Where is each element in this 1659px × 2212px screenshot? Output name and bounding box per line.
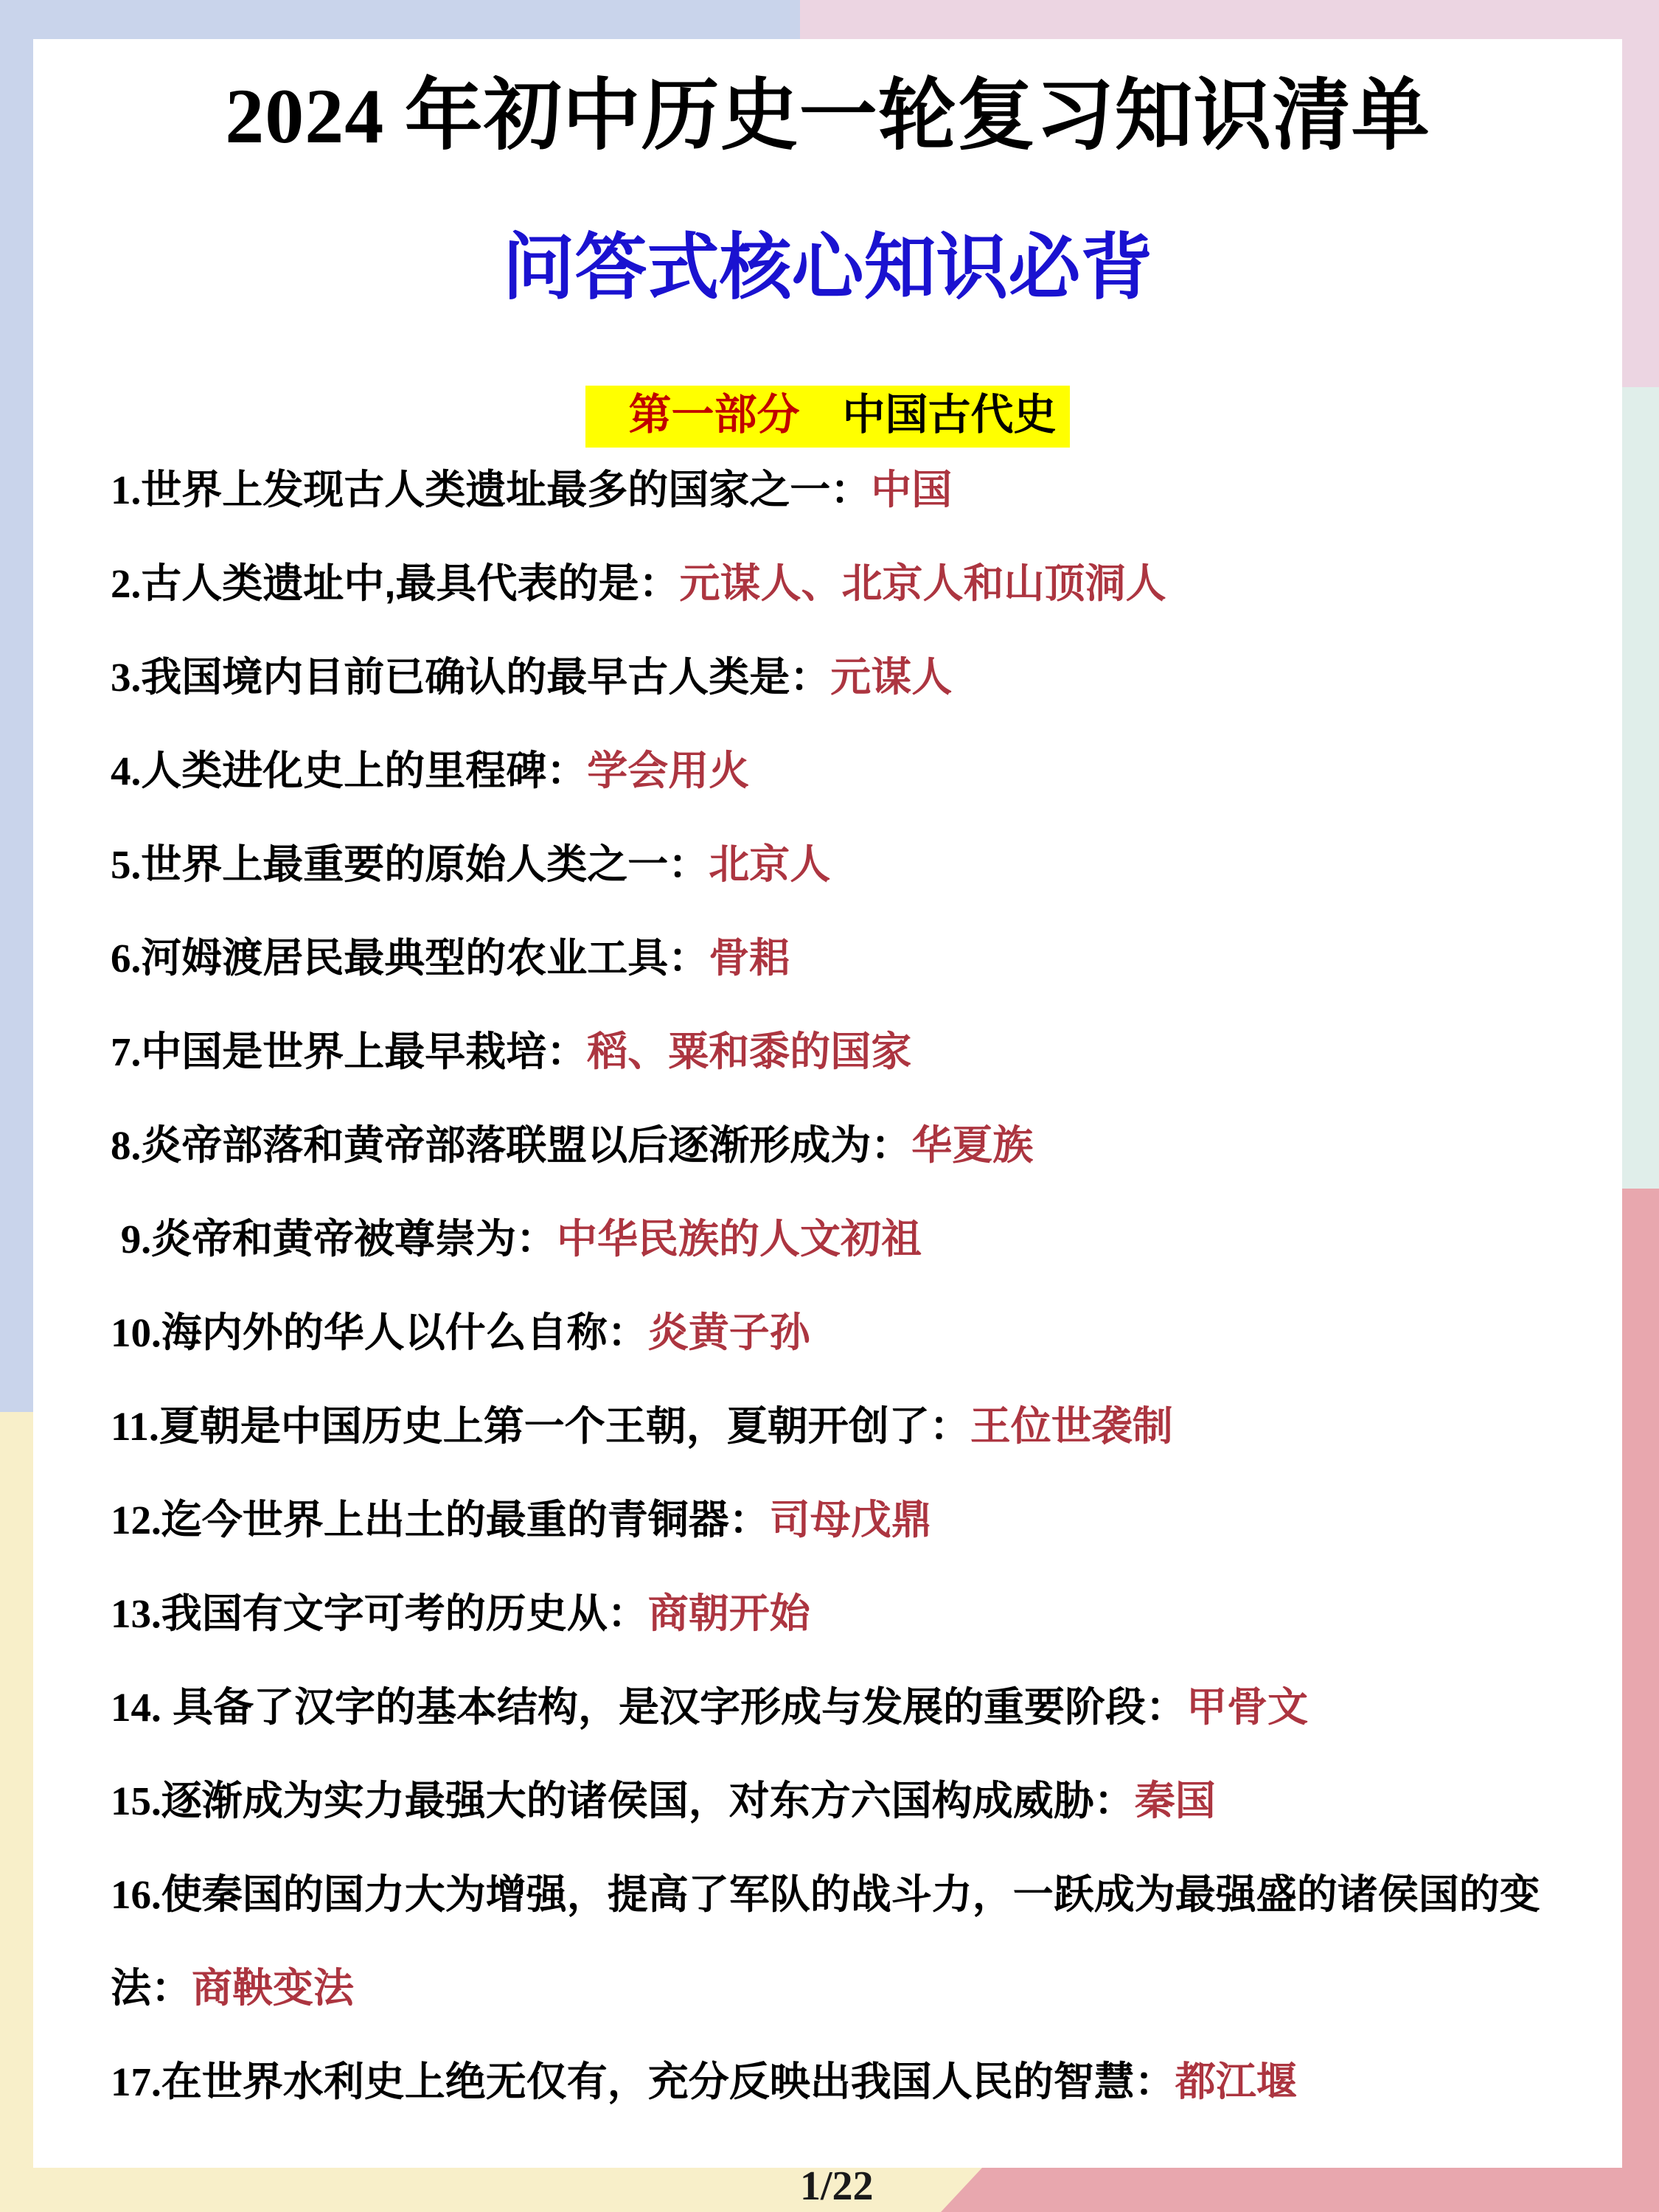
page: 2024 年初中历史一轮复习知识清单 问答式核心知识必背 第一部分中国古代史 1… <box>0 0 1659 2212</box>
qa-item-question: 中国是世界上最早栽培： <box>141 1029 587 1074</box>
qa-item-number: 12. <box>111 1498 161 1543</box>
qa-item-number: 14. <box>111 1685 161 1730</box>
qa-item-answer: 商朝开始 <box>648 1590 810 1636</box>
qa-item: 14. 具备了汉字的基本结构，是汉字形成与发展的重要阶段：甲骨文 <box>111 1660 1552 1754</box>
qa-item-answer: 骨耜 <box>709 935 790 981</box>
qa-item: 15.逐渐成为实力最强大的诸侯国，对东方六国构成威胁：秦国 <box>111 1754 1552 1848</box>
qa-item-answer: 炎黄子孙 <box>648 1310 810 1355</box>
qa-item-question: 具备了汉字的基本结构，是汉字形成与发展的重要阶段： <box>161 1684 1186 1730</box>
qa-item: 8.炎帝部落和黄帝部落联盟以后逐渐形成为：华夏族 <box>111 1099 1552 1192</box>
qa-item: 1.世界上发现古人类遗址最多的国家之一：中国 <box>111 443 1552 537</box>
qa-item: 13.我国有文字可考的历史从：商朝开始 <box>111 1567 1552 1660</box>
qa-item: 2.古人类遗址中,最具代表的是：元谋人、北京人和山顶洞人 <box>111 537 1552 630</box>
qa-item: 10.海内外的华人以什么自称：炎黄子孙 <box>111 1286 1552 1380</box>
qa-item: 16.使秦国的国力大为增强，提高了军队的战斗力，一跃成为最强盛的诸侯国的变法：商… <box>111 1848 1552 2035</box>
qa-item: 11.夏朝是中国历史上第一个王朝，夏朝开创了：王位世袭制 <box>111 1380 1552 1473</box>
qa-item-answer: 商鞅变法 <box>192 1965 354 2011</box>
qa-item-question: 逐渐成为实力最强大的诸侯国，对东方六国构成威胁： <box>161 1778 1135 1823</box>
qa-item: 5.世界上最重要的原始人类之一：北京人 <box>111 818 1552 911</box>
qa-item-number: 10. <box>111 1310 161 1355</box>
qa-item-question: 迄今世界上出土的最重的青铜器： <box>161 1497 770 1543</box>
qa-item-question: 河姆渡居民最典型的农业工具： <box>141 935 709 981</box>
qa-item-number: 1. <box>111 467 141 512</box>
qa-item-number: 2. <box>111 561 141 606</box>
qa-item-answer: 王位世袭制 <box>970 1403 1173 1449</box>
qa-item-answer: 元谋人 <box>830 654 952 700</box>
page-number: 1/22 <box>800 2163 874 2210</box>
qa-item: 6.河姆渡居民最典型的农业工具：骨耜 <box>111 911 1552 1005</box>
qa-item-answer: 华夏族 <box>911 1122 1033 1168</box>
qa-item-number: 16. <box>111 1872 161 1917</box>
qa-item-number: 7. <box>111 1029 141 1074</box>
qa-item-question: 世界上发现古人类遗址最多的国家之一： <box>141 467 871 512</box>
section-header-highlight: 第一部分中国古代史 <box>585 386 1069 448</box>
qa-item: 3.我国境内目前已确认的最早古人类是：元谋人 <box>111 630 1552 724</box>
qa-item: 12.迄今世界上出土的最重的青铜器：司母戊鼎 <box>111 1473 1552 1567</box>
qa-item-question: 夏朝是中国历史上第一个王朝，夏朝开创了： <box>159 1403 970 1449</box>
qa-item-answer: 中国 <box>871 467 952 512</box>
qa-item: 7.中国是世界上最早栽培：稻、粟和黍的国家 <box>111 1005 1552 1099</box>
qa-item-answer: 元谋人、北京人和山顶洞人 <box>680 560 1166 606</box>
section-header-row: 第一部分中国古代史 <box>33 386 1622 448</box>
qa-item-number: 5. <box>111 842 141 887</box>
qa-item-number: 6. <box>111 936 141 981</box>
qa-item: 9.炎帝和黄帝被尊崇为：中华民族的人文初祖 <box>111 1192 1552 1286</box>
qa-item-answer: 稻、粟和黍的国家 <box>587 1029 911 1074</box>
qa-item-question: 炎帝部落和黄帝部落联盟以后逐渐形成为： <box>141 1122 911 1168</box>
qa-item-answer: 都江堰 <box>1175 2059 1297 2104</box>
section-part-label: 第一部分 <box>628 391 799 439</box>
qa-item-number: 17. <box>111 2059 161 2104</box>
page-subtitle: 问答式核心知识必背 <box>33 218 1622 316</box>
qa-item-answer: 甲骨文 <box>1186 1684 1308 1730</box>
qa-item: 17.在世界水利史上绝无仅有，充分反映出我国人民的智慧：都江堰 <box>111 2035 1552 2129</box>
qa-item-question: 在世界水利史上绝无仅有，充分反映出我国人民的智慧： <box>161 2059 1175 2104</box>
page-card: 2024 年初中历史一轮复习知识清单 问答式核心知识必背 第一部分中国古代史 1… <box>33 39 1622 2168</box>
qa-list: 1.世界上发现古人类遗址最多的国家之一：中国 2.古人类遗址中,最具代表的是：元… <box>33 443 1622 2129</box>
qa-item-answer: 学会用火 <box>587 748 749 793</box>
page-title: 2024 年初中历史一轮复习知识清单 <box>33 61 1622 172</box>
qa-item-number: 3. <box>111 655 141 700</box>
qa-item-answer: 秦国 <box>1135 1778 1216 1823</box>
qa-item-answer: 司母戊鼎 <box>770 1497 932 1543</box>
qa-item-number: 11. <box>111 1404 159 1449</box>
qa-item-number: 8. <box>111 1123 141 1168</box>
qa-item-question: 炎帝和黄帝被尊崇为： <box>151 1216 557 1262</box>
qa-item-question: 我国有文字可考的历史从： <box>161 1590 648 1636</box>
qa-item-question: 海内外的华人以什么自称： <box>161 1310 648 1355</box>
qa-item: 4.人类进化史上的里程碑：学会用火 <box>111 724 1552 818</box>
qa-item-question: 古人类遗址中,最具代表的是： <box>141 560 679 606</box>
qa-item-question: 人类进化史上的里程碑： <box>141 748 587 793</box>
qa-item-answer: 北京人 <box>709 841 830 887</box>
qa-item-number: 13. <box>111 1591 161 1636</box>
qa-item-number: 9. <box>111 1217 151 1262</box>
qa-item-number: 4. <box>111 748 141 793</box>
section-part-title: 中国古代史 <box>843 391 1057 439</box>
qa-item-question: 我国境内目前已确认的最早古人类是： <box>141 654 830 700</box>
qa-item-question: 世界上最重要的原始人类之一： <box>141 841 709 887</box>
qa-item-answer: 中华民族的人文初祖 <box>557 1216 922 1262</box>
qa-item-number: 15. <box>111 1778 161 1823</box>
